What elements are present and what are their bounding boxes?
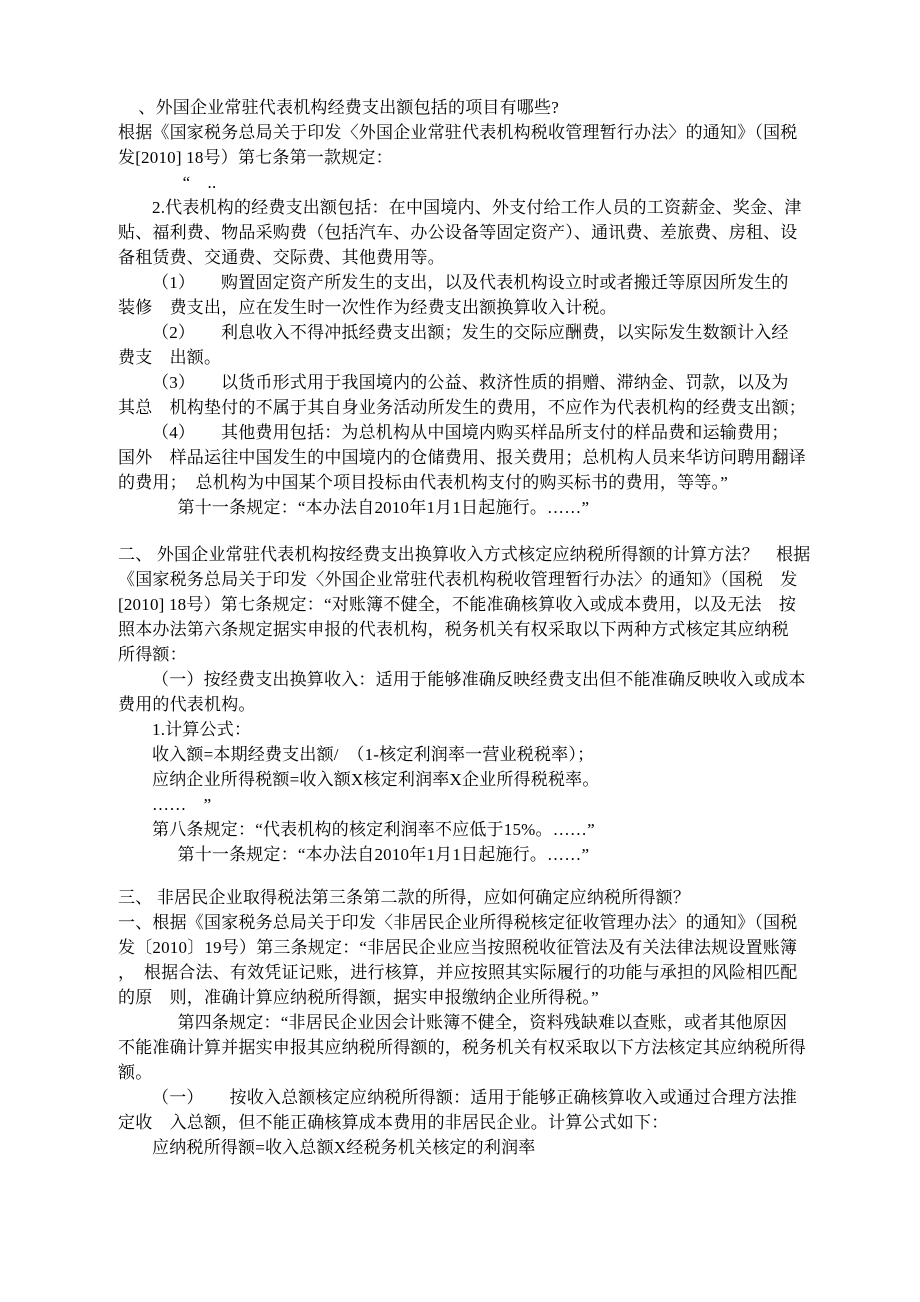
document-line: 1.计算公式： — [118, 717, 878, 742]
document-line: 第四条规定：“非居民企业因会计账簿不健全，资料残缺难以查账，或者其他原因 — [118, 1010, 878, 1035]
document-line: 第十一条规定：“本办法自2010年1月1日起施行。……” — [118, 495, 878, 520]
section-2: 二、 外国企业常驻代表机构按经费支出换算收入方式核定应纳税所得额的计算方法？ 根… — [118, 542, 878, 867]
document-line: 第十一条规定：“本办法自2010年1月1日起施行。……” — [118, 842, 878, 867]
document-page: { "colors": { "background": "#ffffff", "… — [0, 0, 920, 1302]
document-line: 其总 机构垫付的不属于其自身业务活动所发生的费用，不应作为代表机构的经费支出额； — [118, 395, 878, 420]
document-line: （4） 其他费用包括：为总机构从中国境内购买样品所支付的样品费和运输费用； — [118, 420, 878, 445]
document-line: 《国家税务总局关于印发〈外国企业常驻代表机构税收管理暂行办法〉的通知》（国税 发 — [118, 567, 878, 592]
document-line: 费用的代表机构。 — [118, 692, 878, 717]
document-line: ， 根据合法、有效凭证记账，进行核算，并应按照其实际履行的功能与承担的风险相匹配 — [118, 960, 878, 985]
document-line: 不能准确计算并据实申报其应纳税所得额的，税务机关有权采取以下方法核定其应纳税所得 — [118, 1035, 878, 1060]
document-line: 、外国企业常驻代表机构经费支出额包括的项目有哪些? — [118, 95, 878, 120]
document-line: 收入额=本期经费支出额/ （1-核定利润率一营业税税率）； — [118, 742, 878, 767]
document-line: 2.代表机构的经费支出额包括：在中国境内、外支付给工作人员的工资薪金、奖金、津 — [118, 195, 878, 220]
document-line: 备租赁费、交通费、交际费、其他费用等。 — [118, 245, 878, 270]
section-3: 三、 非居民企业取得税法第三条第二款的所得，应如何确定应纳税所得额？ 一、根据《… — [118, 885, 878, 1160]
document-line: 定收 入总额，但不能正确核算成本费用的非居民企业。计算公式如下： — [118, 1110, 878, 1135]
document-line: 发[2010] 18号）第七条第一款规定： — [118, 145, 878, 170]
document-line: （3） 以货币形式用于我国境内的公益、救济性质的捐赠、滞纳金、罚款，以及为 — [118, 370, 878, 395]
document-line: 应纳企业所得税额=收入额X核定利润率X企业所得税税率。 — [118, 767, 878, 792]
document-line: 应纳税所得额=收入总额X经税务机关核定的利润率 — [118, 1135, 878, 1160]
document-line: 第八条规定：“代表机构的核定利润率不应低于15%。……” — [118, 817, 878, 842]
document-line: 照本办法第六条规定据实申报的代表机构，税务机关有权采取以下两种方式核定其应纳税 — [118, 617, 878, 642]
document-line: 根据《国家税务总局关于印发〈外国企业常驻代表机构税收管理暂行办法〉的通知》（国税 — [118, 120, 878, 145]
document-line: （一） 按收入总额核定应纳税所得额：适用于能够正确核算收入或通过合理方法推 — [118, 1085, 878, 1110]
document-line: …… ” — [118, 792, 878, 817]
document-line: 费支 出额。 — [118, 345, 878, 370]
document-line: 三、 非居民企业取得税法第三条第二款的所得，应如何确定应纳税所得额？ — [118, 885, 878, 910]
document-line: [2010] 18号）第七条规定：“对账簿不健全，不能准确核算收入或成本费用，以… — [118, 592, 878, 617]
document-line: 装修 费支出，应在发生时一次性作为经费支出额换算收入计税。 — [118, 295, 878, 320]
document-line: “ .. — [118, 170, 878, 195]
document-line: （1） 购置固定资产所发生的支出，以及代表机构设立时或者搬迁等原因所发生的 — [118, 270, 878, 295]
document-line: 国外 样品运往中国发生的中国境内的仓储费用、报关费用；总机构人员来华访问聘用翻译 — [118, 445, 878, 470]
document-line: 所得额： — [118, 642, 878, 667]
document-line: （一）按经费支出换算收入：适用于能够准确反映经费支出但不能准确反映收入或成本 — [118, 667, 878, 692]
section-1: 、外国企业常驻代表机构经费支出额包括的项目有哪些? 根据《国家税务总局关于印发〈… — [118, 95, 878, 520]
document-body: 、外国企业常驻代表机构经费支出额包括的项目有哪些? 根据《国家税务总局关于印发〈… — [118, 95, 878, 1160]
document-line: 二、 外国企业常驻代表机构按经费支出换算收入方式核定应纳税所得额的计算方法？ 根… — [118, 542, 878, 567]
document-line: （2） 利息收入不得冲抵经费支出额；发生的交际应酬费，以实际发生数额计入经 — [118, 320, 878, 345]
document-line: 的原 则，准确计算应纳税所得额，据实申报缴纳企业所得税。” — [118, 985, 878, 1010]
document-line: 额。 — [118, 1060, 878, 1085]
document-line: 发〔2010〕19号）第三条规定：“非居民企业应当按照税收征管法及有关法律法规设… — [118, 935, 878, 960]
document-line: 一、根据《国家税务总局关于印发〈非居民企业所得税核定征收管理办法〉的通知》（国税 — [118, 910, 878, 935]
document-line: 的费用； 总机构为中国某个项目投标由代表机构支付的购买标书的费用，等等。” — [118, 470, 878, 495]
document-line: 贴、福利费、物品采购费（包括汽车、办公设备等固定资产）、通讯费、差旅费、房租、设 — [118, 220, 878, 245]
